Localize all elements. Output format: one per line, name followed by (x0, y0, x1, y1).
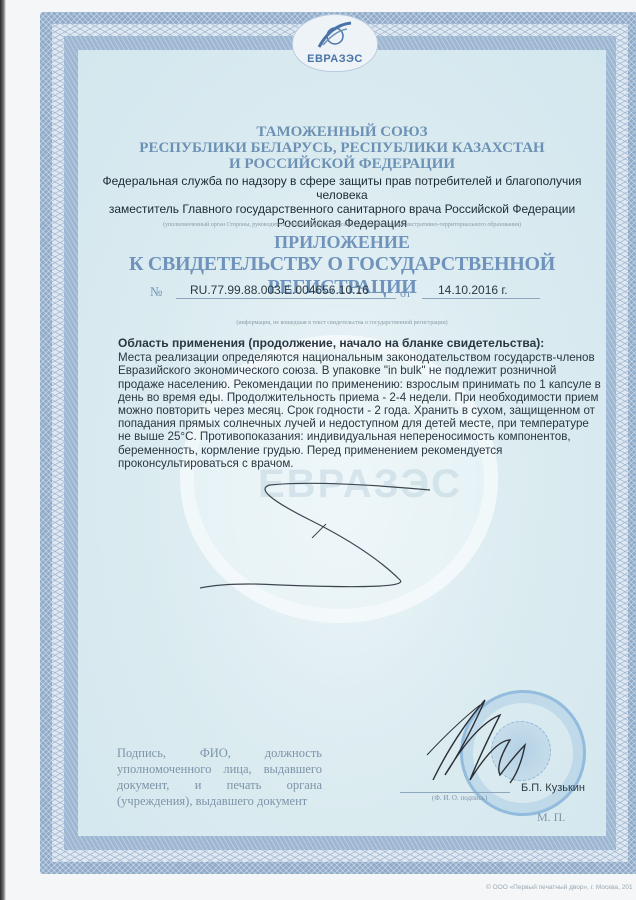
signer-name: Б.П. Кузькин (521, 782, 585, 794)
eurasec-emblem-icon (317, 21, 353, 51)
handwritten-signature (425, 695, 535, 785)
registration-row: № RU.77.99.88.003.E.004656.10.16 от 14.1… (150, 284, 540, 304)
printer-imprint: © ООО «Первый печатный двор», г. Москва,… (486, 884, 633, 891)
fio-caption: (Ф. И. О. подпись) (432, 794, 487, 802)
signature-caption: Подпись, ФИО, должность уполномоченного … (117, 745, 322, 809)
seal-placeholder-label: М. П. (537, 810, 565, 825)
number-label: № (150, 284, 162, 300)
scope-section: Область применения (продолжение, начало … (118, 337, 603, 470)
logo-text: ЕВРАЗЭС (293, 53, 377, 65)
fio-underline (400, 792, 510, 793)
scope-heading: Область применения (продолжение, начало … (118, 337, 603, 350)
header-line-2: РЕСПУБЛИКИ БЕЛАРУСЬ, РЕСПУБЛИКИ КАЗАХСТА… (78, 140, 606, 157)
authority-caption: (уполномоченный орган Стороны, руководит… (78, 222, 606, 228)
header-line-3: И РОССИЙСКОЙ ФЕДЕРАЦИИ (78, 156, 606, 173)
agency-line-1: Федеральная служба по надзору в сфере за… (78, 174, 606, 202)
page-edge (0, 0, 6, 900)
agency-line-2: заместитель Главного государственного са… (78, 202, 606, 216)
info-caption: (информация, не вошедшая в текст свидете… (78, 320, 606, 326)
logo: ЕВРАЗЭС (292, 14, 378, 72)
appendix-title: ПРИЛОЖЕНИЕ (78, 232, 606, 253)
from-label: от (400, 286, 411, 301)
registration-date: 14.10.2016 г. (422, 283, 540, 299)
z-line-strike (200, 470, 470, 590)
header-line-1: ТАМОЖЕННЫЙ СОЮЗ (78, 124, 606, 141)
registration-number: RU.77.99.88.003.E.004656.10.16 (176, 283, 396, 299)
scope-text: Места реализации определяются национальн… (118, 351, 603, 470)
